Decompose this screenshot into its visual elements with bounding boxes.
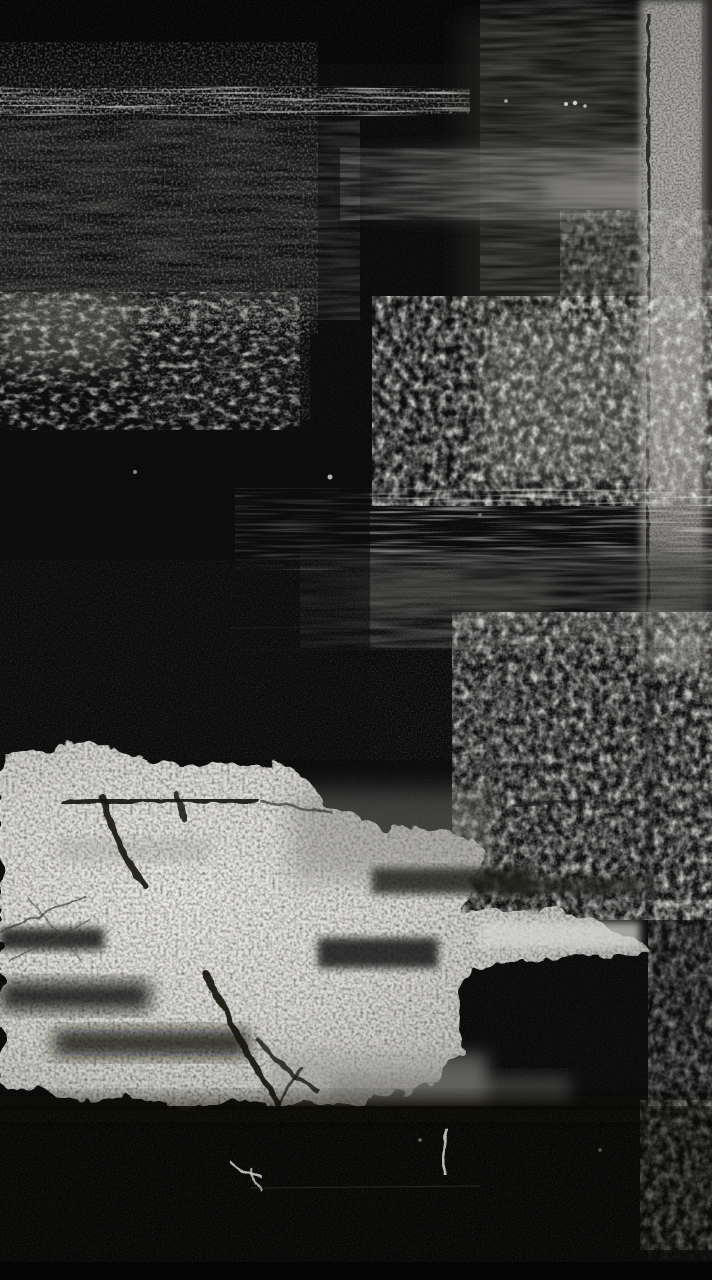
bottom-vignette bbox=[0, 1262, 712, 1280]
bright-speck-c bbox=[583, 104, 587, 108]
bright-speck-d bbox=[504, 99, 508, 103]
grunge-texture-image bbox=[0, 0, 712, 1280]
bottom-grain bbox=[0, 1110, 712, 1280]
bright-speck-a bbox=[564, 102, 568, 106]
center-mottle-patch bbox=[372, 296, 712, 506]
mottle-divider-line bbox=[646, 616, 653, 916]
texture-canvas bbox=[0, 0, 712, 1280]
tongue-dark-gap-c bbox=[500, 878, 640, 894]
bottom-right-mottle bbox=[640, 1100, 712, 1250]
texture-layers bbox=[0, 0, 712, 1280]
paint-dark-streak-b bbox=[0, 982, 150, 1010]
paint-dark-streak-c bbox=[54, 1030, 249, 1056]
left-lower-grain bbox=[0, 560, 460, 760]
scratch-horizontal bbox=[64, 800, 258, 803]
crackle-speckle-fade bbox=[140, 300, 310, 420]
bright-speck-b bbox=[573, 101, 577, 105]
bright-dot-3 bbox=[478, 513, 482, 517]
tongue-white-streak bbox=[480, 922, 640, 948]
bright-dot-4 bbox=[203, 1010, 207, 1014]
bright-dot-row-speck bbox=[0, 88, 470, 114]
bright-dot-6 bbox=[598, 1148, 602, 1152]
bright-dot-5 bbox=[418, 1138, 422, 1142]
under-scratch-shade bbox=[58, 840, 208, 860]
bright-dot-1 bbox=[328, 475, 333, 480]
left-smear-rows bbox=[0, 120, 360, 320]
junction-bright-streak bbox=[545, 182, 655, 202]
tongue-dark-gap-b bbox=[318, 938, 438, 968]
paint-right-fade bbox=[290, 790, 490, 880]
band-mottle-bridge bbox=[560, 210, 712, 320]
bright-dot-2 bbox=[133, 470, 137, 474]
